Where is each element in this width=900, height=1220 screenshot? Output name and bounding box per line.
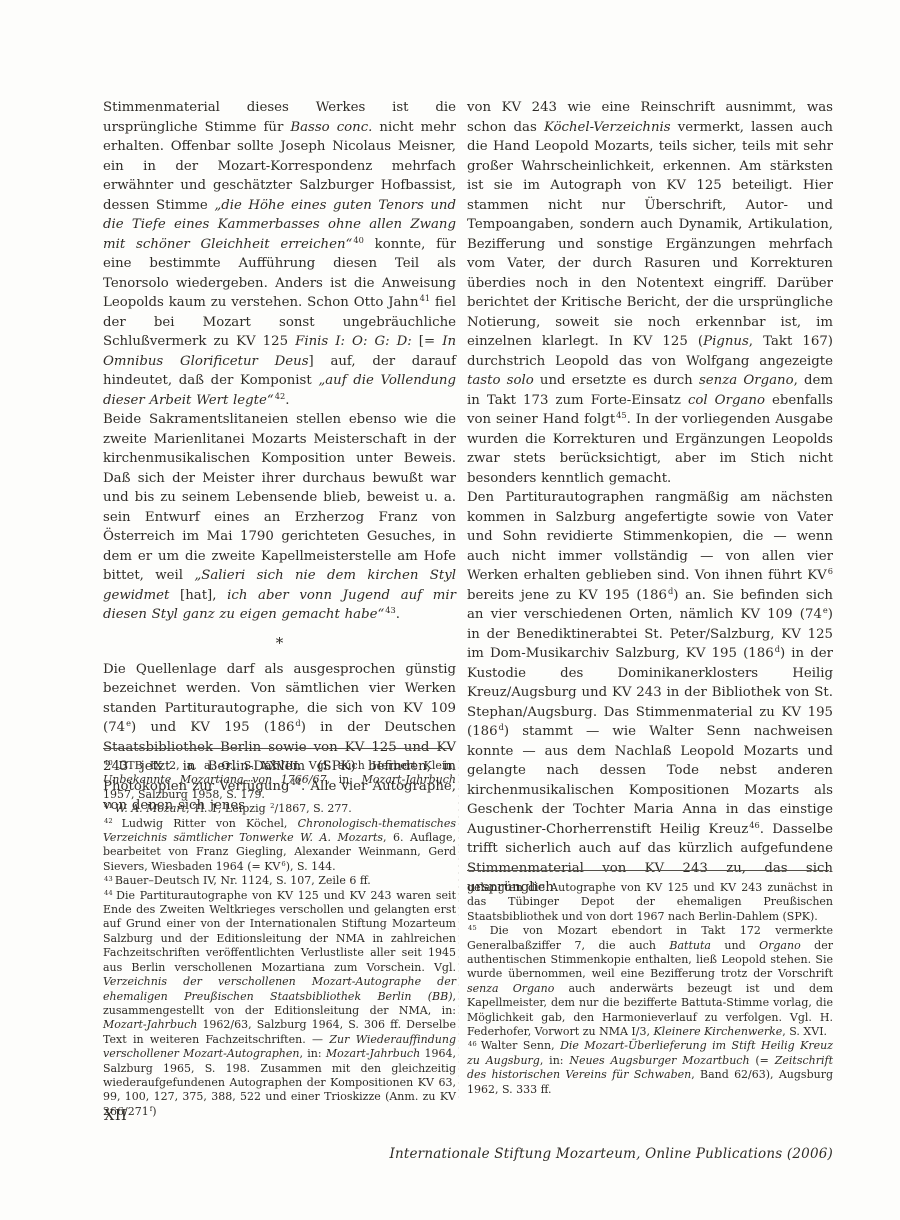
footnote: 40 DTB IX 2, a. a. O., S. XXVIII. Vgl. a… [103,759,456,802]
page-number: XII [104,1108,127,1124]
section-separator: * [103,634,456,653]
left-column-footnotes: 40 DTB IX 2, a. a. O., S. XXVIII. Vgl. a… [103,748,456,1119]
right-column-body: von KV 243 wie eine Reinschrift ausnimmt… [467,98,833,898]
paragraph: Den Partiturautographen rangmäßig am näc… [467,488,833,898]
paragraph: von KV 243 wie eine Reinschrift ausnimmt… [467,98,833,488]
document-page: Stimmenmaterial dieses Werkes ist die ur… [0,0,900,1220]
footnote-divider [103,748,452,749]
paragraph: Stimmenmaterial dieses Werkes ist die ur… [103,98,456,410]
paragraph: Beide Sakramentslitaneien stellen ebenso… [103,410,456,625]
footnote: 46 Walter Senn, Die Mozart-Überlieferung… [467,1039,833,1097]
scan-artifact [458,760,459,1100]
footnote: 43 Bauer–Deutsch IV, Nr. 1124, S. 107, Z… [103,874,456,888]
footnote: 45 Die von Mozart ebendort in Takt 172 v… [467,924,833,1039]
footnote-divider [467,870,829,871]
left-column-body: Stimmenmaterial dieses Werkes ist die ur… [103,98,456,816]
footnote: 44 Die Partiturautographe von KV 125 und… [103,889,456,1120]
right-column-footnotes: gelangten die Autographe von KV 125 und … [467,870,833,1097]
footer-credit: Internationale Stiftung Mozarteum, Onlin… [389,1146,833,1162]
footnote-continuation: gelangten die Autographe von KV 125 und … [467,881,833,924]
footnote: 42 Ludwig Ritter von Köchel, Chronologis… [103,817,456,875]
footnote: 41 W. A. Mozart, Tl. 1, Leipzig 2/1867, … [103,802,456,816]
